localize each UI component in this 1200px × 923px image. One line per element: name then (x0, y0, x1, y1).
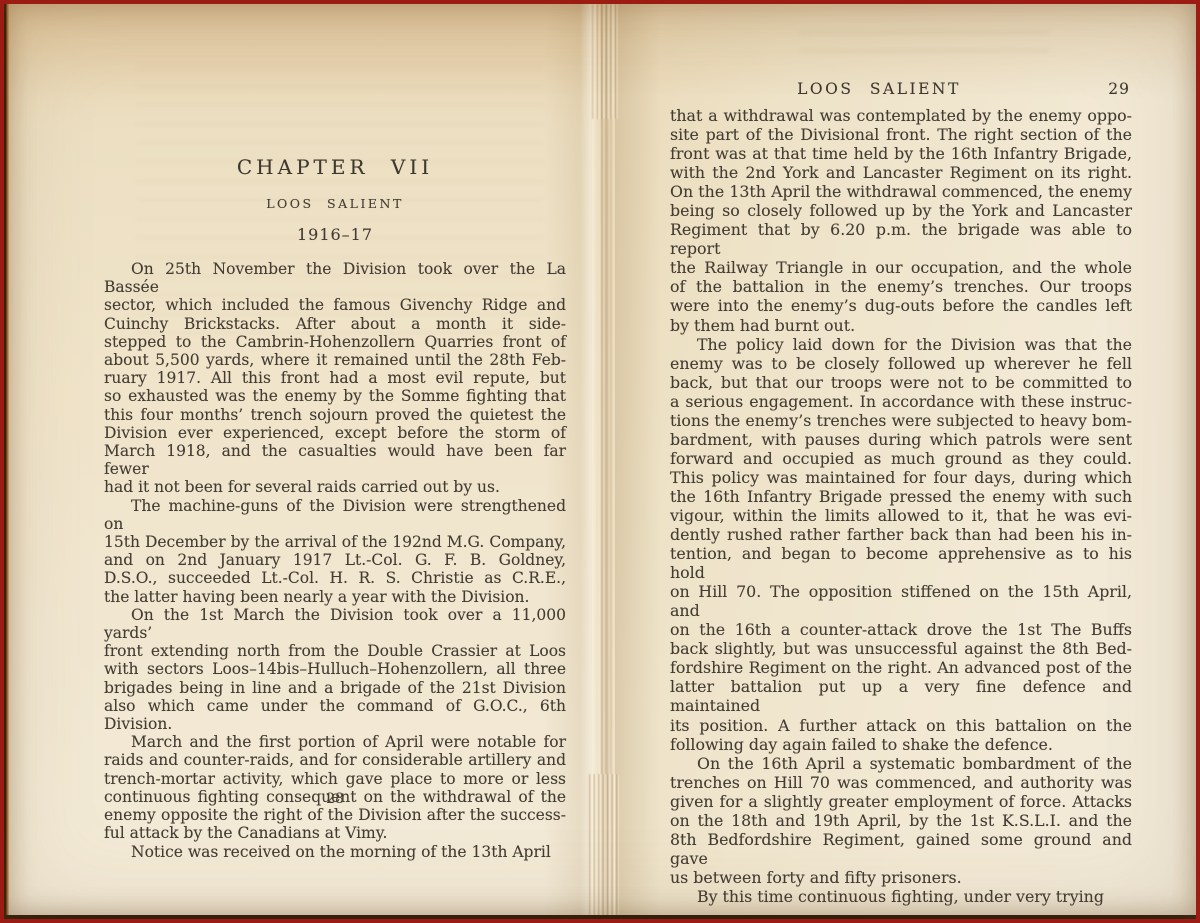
chapter-heading: CHAPTER VII (104, 155, 566, 179)
text-line: ruary 1917. All this front had a most ev… (104, 369, 566, 387)
text-line: with sectors Loos–14bis–Hulluch–Hohenzol… (104, 660, 566, 678)
text-line: with the 2nd York and Lancaster Regiment… (670, 163, 1132, 182)
text-line: also which came under the command of G.O… (104, 697, 566, 715)
text-line: forward and occupied as much ground as t… (670, 449, 1132, 468)
text-line: On the 16th April a systematic bombardme… (670, 754, 1132, 773)
text-line: bardment, with pauses during which patro… (670, 430, 1132, 449)
text-line: enemy was to be closely followed up wher… (670, 354, 1132, 373)
text-line: the latter having been nearly a year wit… (104, 588, 566, 606)
text-line: the 16th Infantry Brigade pressed the en… (670, 487, 1132, 506)
text-line: sector, which included the famous Givenc… (104, 296, 566, 314)
photo-frame: CHAPTER VII LOOS SALIENT 1916–17 On 25th… (0, 0, 1200, 923)
text-line: On 25th November the Division took over … (104, 260, 566, 296)
text-line: front was at that time held by the 16th … (670, 144, 1132, 163)
text-line: so exhausted was the enemy by the Somme … (104, 387, 566, 405)
text-line: the Railway Triangle in our occupation, … (670, 258, 1132, 277)
text-line: back slightly, but was unsuccessful agai… (670, 639, 1132, 658)
section-heading: LOOS SALIENT (104, 196, 566, 211)
paragraph: that a withdrawal was contemplated by th… (670, 106, 1132, 335)
text-line: dently rushed rather farther back than h… (670, 525, 1132, 544)
text-line: stepped to the Cambrin-Hohenzollern Quar… (104, 333, 566, 351)
text-line: that a withdrawal was contemplated by th… (670, 106, 1132, 125)
paragraph: March and the first portion of April wer… (104, 733, 566, 842)
running-header: LOOS SALIENT 29 (670, 80, 1132, 102)
text-line: being so closely followed up by the York… (670, 201, 1132, 220)
text-line: tions the enemy’s trenches were subjecte… (670, 411, 1132, 430)
text-line: trenches on Hill 70 was commenced, and a… (670, 773, 1132, 792)
right-page-body-text: that a withdrawal was contemplated by th… (670, 106, 1132, 906)
text-line: given for a slightly greater employment … (670, 792, 1132, 811)
text-line: Regiment that by 6.20 p.m. the brigade w… (670, 220, 1132, 258)
text-line: latter battalion put up a very fine defe… (670, 677, 1132, 715)
text-line: brigades being in line and a brigade of … (104, 679, 566, 697)
text-line: The machine-guns of the Division were st… (104, 497, 566, 533)
open-book-photo: CHAPTER VII LOOS SALIENT 1916–17 On 25th… (4, 4, 1196, 919)
text-line: Notice was received on the morning of th… (104, 843, 566, 861)
running-header-title: LOOS SALIENT (670, 80, 1088, 98)
text-line: on the 18th and 19th April, by the 1st K… (670, 811, 1132, 830)
page-edges-top (592, 4, 618, 119)
text-line: its position. A further attack on this b… (670, 716, 1132, 735)
text-line: March 1918, and the casualties would hav… (104, 442, 566, 478)
text-line: enemy opposite the right of the Division… (104, 806, 566, 824)
text-line: by them had burnt out. (670, 316, 1132, 335)
paragraph: On the 1st March the Division took over … (104, 606, 566, 733)
text-line: following day again failed to shake the … (670, 735, 1132, 754)
text-line: fordshire Regiment on the right. An adva… (670, 658, 1132, 677)
text-line: The policy laid down for the Division wa… (670, 335, 1132, 354)
text-line: a serious engagement. In accordance with… (670, 392, 1132, 411)
chapter-date-range: 1916–17 (104, 225, 566, 244)
text-line: trench-mortar activity, which gave place… (104, 770, 566, 788)
paragraph: By this time continuous fighting, under … (670, 887, 1132, 906)
text-line: ful attack by the Canadians at Vimy. (104, 824, 566, 842)
text-line: D.S.O., succeeded Lt.-Col. H. R. S. Chri… (104, 569, 566, 587)
paragraph: Notice was received on the morning of th… (104, 843, 566, 861)
text-line: and on 2nd January 1917 Lt.-Col. G. F. B… (104, 551, 566, 569)
text-line: front extending north from the Double Cr… (104, 642, 566, 660)
text-line: on the 16th a counter-attack drove the 1… (670, 620, 1132, 639)
photo-bottom-edge (4, 915, 1196, 919)
text-line: site part of the Divisional front. The r… (670, 125, 1132, 144)
left-page-number: 28 (104, 791, 566, 807)
paragraph: The machine-guns of the Division were st… (104, 497, 566, 606)
text-line: of the battalion in the enemy’s trenches… (670, 277, 1132, 296)
text-line: this four months’ trench sojourn proved … (104, 406, 566, 424)
page-edges-bottom (589, 774, 619, 919)
photo-left-edge (4, 4, 9, 919)
left-page-body-text: On 25th November the Division took over … (104, 260, 566, 861)
text-line: back, but that our troops were not to be… (670, 373, 1132, 392)
paragraph: On 25th November the Division took over … (104, 260, 566, 497)
paragraph: On the 16th April a systematic bombardme… (670, 754, 1132, 887)
right-page-number: 29 (1108, 80, 1130, 98)
gutter-shadow-right (615, 4, 661, 919)
text-line: Division ever experienced, except before… (104, 424, 566, 442)
text-line: On the 13th April the withdrawal commenc… (670, 182, 1132, 201)
text-line: Division. (104, 715, 566, 733)
text-line: had it not been for several raids carrie… (104, 478, 566, 496)
text-line: By this time continuous fighting, under … (670, 887, 1132, 906)
text-line: tention, and began to become apprehensiv… (670, 544, 1132, 582)
text-line: On the 1st March the Division took over … (104, 606, 566, 642)
text-line: 15th December by the arrival of the 192n… (104, 533, 566, 551)
text-line: raids and counter-raids, and for conside… (104, 751, 566, 769)
text-line: about 5,500 yards, where it remained unt… (104, 351, 566, 369)
text-line: Cuinchy Brickstacks. After about a month… (104, 315, 566, 333)
text-line: on Hill 70. The opposition stiffened on … (670, 582, 1132, 620)
text-line: vigour, within the limits allowed to it,… (670, 506, 1132, 525)
text-line: 8th Bedfordshire Regiment, gained some g… (670, 830, 1132, 868)
text-line: us between forty and fifty prisoners. (670, 868, 1132, 887)
text-line: March and the first portion of April wer… (104, 733, 566, 751)
paragraph: The policy laid down for the Division wa… (670, 335, 1132, 754)
text-line: were into the enemy’s dug-outs before th… (670, 296, 1132, 315)
text-line: This policy was maintained for four days… (670, 468, 1132, 487)
